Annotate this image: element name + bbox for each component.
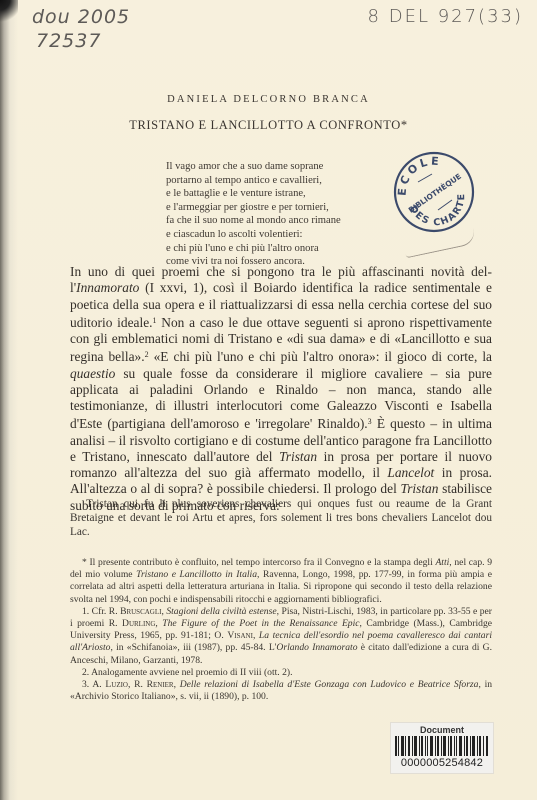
author-name: DANIELA DELCORNO BRANCA: [0, 94, 537, 105]
handwritten-shelfmark: 8 DEL 927(33): [368, 6, 523, 27]
epigraph: Il vago amor che a suo dame soprane port…: [166, 160, 341, 269]
barcode-number: 0000005254842: [391, 757, 493, 769]
handwritten-accession-note: dou 2005: [32, 6, 130, 28]
footnotes: * Il presente contributo è confluito, ne…: [70, 557, 492, 703]
epigraph-line: e le battaglie e le venture istrane,: [166, 187, 341, 201]
main-body-paragraph: In uno di quei proemi che si pongono tra…: [70, 264, 492, 514]
epigraph-line: e l'armeggiar per giostre e per tornieri…: [166, 201, 341, 215]
article-title: TRISTANO E LANCILLOTTO A CONFRONTO*: [0, 118, 537, 133]
library-stamp-icon: ECOLE DES CHARTES BIBLIOTHÈQUE: [392, 150, 476, 234]
body-paragraph: In uno di quei proemi che si pongono tra…: [70, 264, 492, 514]
footnote-3: 3. A. Luzio, R. Renier, Delle relazioni …: [70, 679, 492, 703]
epigraph-line: Il vago amor che a suo dame soprane: [166, 160, 341, 174]
barcode-icon: [395, 736, 489, 756]
scan-corner-shadow: [0, 0, 18, 30]
epigraph-line: e ciascadun lo ascolti volentieri:: [166, 228, 341, 242]
footnote-star: * Il presente contributo è confluito, ne…: [70, 557, 492, 606]
barcode-sticker: Document 0000005254842: [390, 722, 494, 774]
epigraph-line: fa che il suo nome al mondo anco rimane: [166, 214, 341, 228]
block-quotation: Tristan qui fu li plus soveriens chevali…: [70, 497, 492, 540]
epigraph-line: e chi più l'uno e chi più l'altro onora: [166, 242, 341, 256]
footnote-1: 1. Cfr. R. Bruscagli, Stagioni della civ…: [70, 606, 492, 667]
handwritten-accession-number: 72537: [36, 30, 101, 52]
barcode-label-text: Document: [391, 725, 493, 735]
footnote-2: 2. Analogamente avviene nel proemio di I…: [70, 667, 492, 679]
epigraph-line: portarno al tempo antico e cavallieri,: [166, 174, 341, 188]
